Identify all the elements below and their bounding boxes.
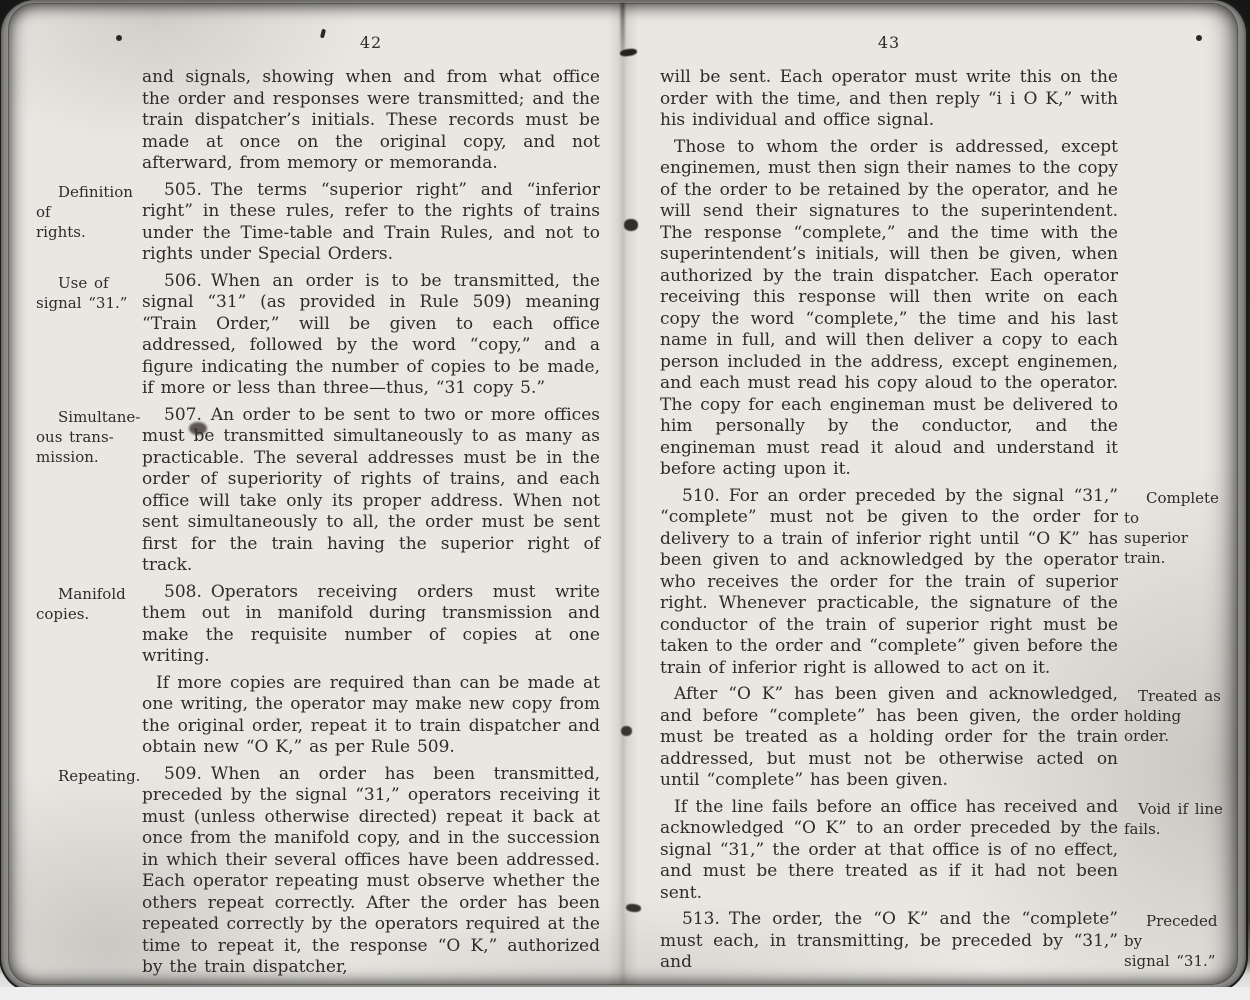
- paragraph-rule-507: Simultane- ous trans- mission.507.An ord…: [142, 405, 600, 577]
- rule-number: 509.: [164, 764, 202, 784]
- paragraph-rule-508-continued: If more copies are required than can be …: [142, 673, 600, 759]
- ink-blot: [189, 422, 207, 435]
- paragraph-holding-order: Treated as holding order.After “O K” has…: [660, 684, 1118, 792]
- paragraph-rule-509: Repeating.509.When an order has been tra…: [142, 764, 600, 979]
- margin-note-complete-to-superior-train: Complete to superior train.: [1124, 488, 1236, 568]
- left-page-text-column: and signals, showing when and from what …: [142, 67, 600, 979]
- rule-number: 513.: [682, 909, 720, 929]
- paragraph-rule-508: Manifold copies.508.Operators receiving …: [142, 582, 600, 668]
- margin-note-definition-of-rights: Definition of rights.: [36, 182, 138, 242]
- gutter-crease: [621, 3, 625, 55]
- rule-text: If the line fails before an office has r…: [660, 797, 1118, 903]
- rule-number: 510.: [682, 486, 720, 506]
- margin-note-void-if-line-fails: Void if line fails.: [1124, 799, 1236, 839]
- margin-note-treated-as-holding-order: Treated as holding order.: [1124, 686, 1236, 746]
- rule-text: When an order is to be transmitted, the …: [142, 271, 600, 399]
- page-number-right: 43: [660, 33, 1118, 52]
- paragraph-rule-506: Use of signal “31.”506.When an order is …: [142, 271, 600, 400]
- scanned-book-spread: 42 and signals, showing when and from wh…: [0, 0, 1250, 1000]
- rule-text: An order to be sent to two or more offic…: [142, 405, 600, 576]
- rule-text: The terms “superior right” and “inferior…: [142, 180, 600, 265]
- staple-mark: [624, 219, 638, 231]
- right-page-text-column: will be sent. Each operator must write t…: [660, 67, 1118, 974]
- paragraph-rule-505: Definition of rights.505.The terms “supe…: [142, 180, 600, 266]
- margin-note-repeating: Repeating.: [36, 766, 138, 786]
- rule-text: When an order has been transmitted, prec…: [142, 764, 600, 978]
- margin-note-simultaneous-transmission: Simultane- ous trans- mission.: [36, 407, 138, 467]
- ink-speck: [1196, 35, 1202, 41]
- paragraph-rule-510: Complete to superior train.510.For an or…: [660, 486, 1118, 680]
- rule-text: After “O K” has been given and acknowled…: [660, 684, 1118, 790]
- rule-number: 505.: [164, 180, 202, 200]
- rule-text: Operators receiving orders must write th…: [142, 582, 600, 667]
- paragraph-rule-513: Preceded by signal “31.”513.The order, t…: [660, 909, 1118, 974]
- right-page: 43 will be sent. Each operator must writ…: [623, 3, 1238, 985]
- staple-mark: [621, 726, 632, 736]
- open-booklet: 42 and signals, showing when and from wh…: [8, 3, 1238, 985]
- paragraph-continuation: and signals, showing when and from what …: [142, 67, 600, 175]
- margin-note-manifold-copies: Manifold copies.: [36, 584, 138, 624]
- scanner-background: [0, 987, 1250, 1000]
- rule-text: For an order preceded by the signal “31,…: [660, 486, 1118, 678]
- margin-note-preceded-by-signal-31: Preceded by signal “31.”: [1124, 911, 1236, 971]
- paragraph-rule-509-continued: Those to whom the order is addressed, ex…: [660, 137, 1118, 481]
- rule-text: The order, the “O K” and the “complete” …: [660, 909, 1118, 972]
- paragraph-continuation: will be sent. Each operator must write t…: [660, 67, 1118, 132]
- left-page: 42 and signals, showing when and from wh…: [8, 3, 623, 985]
- rule-number: 506.: [164, 271, 202, 291]
- paragraph-void-if-line-fails: Void if line fails.If the line fails bef…: [660, 797, 1118, 905]
- rule-number: 508.: [164, 582, 202, 602]
- margin-note-use-of-signal-31: Use of signal “31.”: [36, 273, 138, 313]
- page-number-left: 42: [142, 33, 600, 52]
- ink-speck: [116, 35, 122, 41]
